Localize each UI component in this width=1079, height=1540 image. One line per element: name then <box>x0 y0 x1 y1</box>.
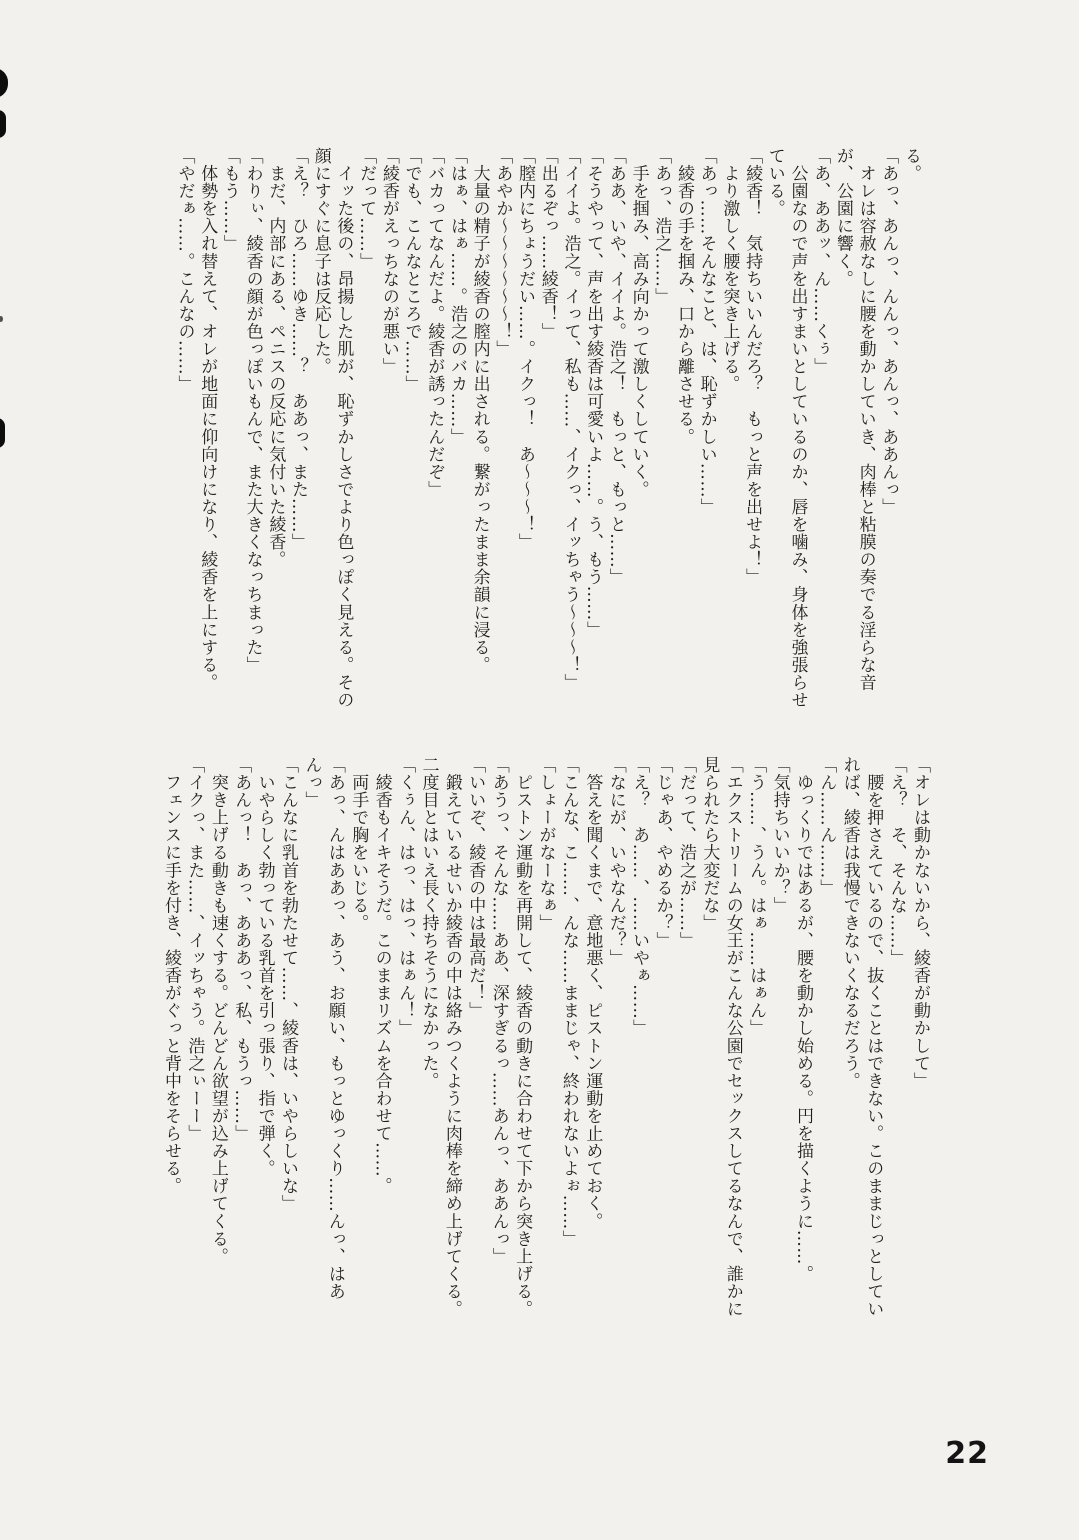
text-line: フェンスに手を付き、綾香がぐっと背中をそらせる。 <box>159 756 182 1316</box>
text-line: 綾香もイキそうだ。このままリズムを合わせて……。 <box>369 756 392 1316</box>
text-block-top: る。「あっ、あんっ、んんっ、あんっ、ああんっ」 オレは容赦なしに腰を動かしていき… <box>173 147 922 719</box>
text-line: より激しく腰を突き上げる。 <box>718 147 741 719</box>
text-line: イッた後の、昂揚した肌が、恥ずかしさでより色っぽく見える。その <box>332 147 355 719</box>
text-line: 「そうやって、声を出す綾香は可愛いよ……。う、もう……」 <box>581 147 604 719</box>
text-line: 「あやか〜〜〜〜〜〜！」 <box>491 147 514 719</box>
text-line: 「エクストリームの女王がこんな公園でセックスしてるなんで、誰かに <box>720 756 743 1316</box>
text-line: 「くぅん、はっ、はっ、はぁん！」 <box>393 756 416 1316</box>
scan-artifact <box>0 418 5 448</box>
text-line: 「はぁ、はぁ……。浩之のバカ……」 <box>445 147 468 719</box>
text-line: んっ」 <box>299 756 322 1316</box>
text-line: 「だって……」 <box>354 147 377 719</box>
text-line: 「出るぞっ……綾香！」 <box>536 147 559 719</box>
document-page: る。「あっ、あんっ、んんっ、あんっ、ああんっ」 オレは容赦なしに腰を動かしていき… <box>0 0 1079 1540</box>
text-line: 大量の精子が綾香の膣内に出される。繋がったまま余韻に浸る。 <box>468 147 491 719</box>
text-line: 「あうっ、そんな……ああ、深すぎるっ……あんっ、ああんっ」 <box>486 756 509 1316</box>
text-line: 手を掴み、高み向かって激しくしていく。 <box>627 147 650 719</box>
text-line: 「あっ、あんっ、んんっ、あんっ、ああんっ」 <box>877 147 900 719</box>
text-line: 「イイよ。浩之。イって、私も……、イクっ、イッちゃう〜〜〜！」 <box>559 147 582 719</box>
text-line: 「あ、ああッ、ん……くぅ」 <box>808 147 831 719</box>
text-line: 「じゃあ、やめるか？」 <box>650 756 673 1316</box>
text-line: まだ、内部にある、ペニスの反応に気付いた綾香。 <box>264 147 287 719</box>
text-line: 「なにが、いやなんだ？」 <box>603 756 626 1316</box>
text-line: 腰を押さえているので、抜くことはできない。このままじっとしてい <box>861 756 884 1316</box>
text-line: 「バカってなんだよ。綾香が誘ったんだぞ」 <box>423 147 446 719</box>
text-line: 公園なので声を出すまいとしているのか、唇を噛み、身体を強張らせ <box>786 147 809 719</box>
text-line: る。 <box>899 147 922 719</box>
text-line: 両手で胸をいじる。 <box>346 756 369 1316</box>
text-line: 「あっ、んはああっ、あう、お願い、もっとゆっくり……んっ、はあ <box>322 756 345 1316</box>
text-line: 顔にすぐに息子は反応した。 <box>309 147 332 719</box>
text-line: 「え？ あ……、……いやぁ……」 <box>627 756 650 1316</box>
text-line: 「膣内にちょうだい……。イクっ！ あ〜〜〜！」 <box>513 147 536 719</box>
text-line: 体勢を入れ替えて、オレが地面に仰向けになり、綾香を上にする。 <box>196 147 219 719</box>
text-line: 答えを聞くまで、意地悪く、ピストン運動を止めておく。 <box>580 756 603 1316</box>
text-line: 「あっ……そんなこと、は、恥ずかしい……」 <box>695 147 718 719</box>
text-line: 綾香の手を掴み、口から離させる。 <box>672 147 695 719</box>
text-line: 「だって、浩之が……」 <box>674 756 697 1316</box>
text-line: 「綾香！ 気持ちいいんだろ？ もっと声を出せよ！」 <box>740 147 763 719</box>
text-line: 「気持ちいいか？」 <box>767 756 790 1316</box>
text-line: 「こんなに乳首を勃たせて……、綾香は、いやらしいな」 <box>276 756 299 1316</box>
page-number: 22 <box>945 1436 989 1471</box>
text-line: 「やだぁ……。こんなの……」 <box>173 147 196 719</box>
text-line: 「こんな、こ……、んな……ままじゃ、終われないよぉ……」 <box>557 756 580 1316</box>
text-line: 「う……、うん。はぁ……はぁん」 <box>744 756 767 1316</box>
text-line: 「いいぞ、綾香の中は最高だ！」 <box>463 756 486 1316</box>
text-line: いやらしく勃っている乳首を引っ張り、指で弾く。 <box>252 756 275 1316</box>
text-line: 突き上げる動きも速くする。どんどん欲望が込み上げてくる。 <box>205 756 228 1316</box>
scan-artifact <box>0 68 8 98</box>
text-line: れば、綾香は我慢できないくなるだろう。 <box>837 756 860 1316</box>
text-line: ピストン運動を再開して、綾香の動きに合わせて下から突き上げる。 <box>510 756 533 1316</box>
text-line: 「あっ、浩之……」 <box>650 147 673 719</box>
text-block-bottom: 「オレは動かないから、綾香が動かして」「え？ そ、そんな……」 腰を押さえている… <box>159 756 931 1316</box>
text-line: 「え？ ひろ……ゆき……？ ああっ、また……」 <box>286 147 309 719</box>
scan-artifact <box>0 110 6 138</box>
text-line: 「イクっ、また……、イッちゃう。浩之ぃーー」 <box>182 756 205 1316</box>
text-line: 「オレは動かないから、綾香が動かして」 <box>908 756 931 1316</box>
text-line: 「わりぃ、綾香の顔が色っぽいもんで、また大きくなっちまった」 <box>241 147 264 719</box>
text-line: 「ん……ん……」 <box>814 756 837 1316</box>
text-line: 「でも、こんなところで……」 <box>400 147 423 719</box>
text-line: オレは容赦なしに腰を動かしていき、肉棒と粘膜の奏でる淫らな音 <box>854 147 877 719</box>
text-line: 「綾香がえっちなのが悪い」 <box>377 147 400 719</box>
text-line: 「あんっ！ あっ、あああっ、私、もうっ……」 <box>229 756 252 1316</box>
text-line: ている。 <box>763 147 786 719</box>
text-line: 「しょーがなーなぁ」 <box>533 756 556 1316</box>
scan-artifact <box>0 316 3 322</box>
text-line: 二度目とはいえ長く持ちそうになかった。 <box>416 756 439 1316</box>
text-line: 見られたら大変だな」 <box>697 756 720 1316</box>
text-line: 「え？ そ、そんな……」 <box>884 756 907 1316</box>
text-line: が、公園に響く。 <box>831 147 854 719</box>
text-line: 鍛えているせいか綾香の中は絡みつくように肉棒を締め上げてくる。 <box>439 756 462 1316</box>
text-line: 「もう……」 <box>218 147 241 719</box>
text-line: ゆっくりではあるが、腰を動かし始める。円を描くように……。 <box>791 756 814 1316</box>
text-line: 「ああ、いや、イイよ。浩之！ もっと、もっと……」 <box>604 147 627 719</box>
